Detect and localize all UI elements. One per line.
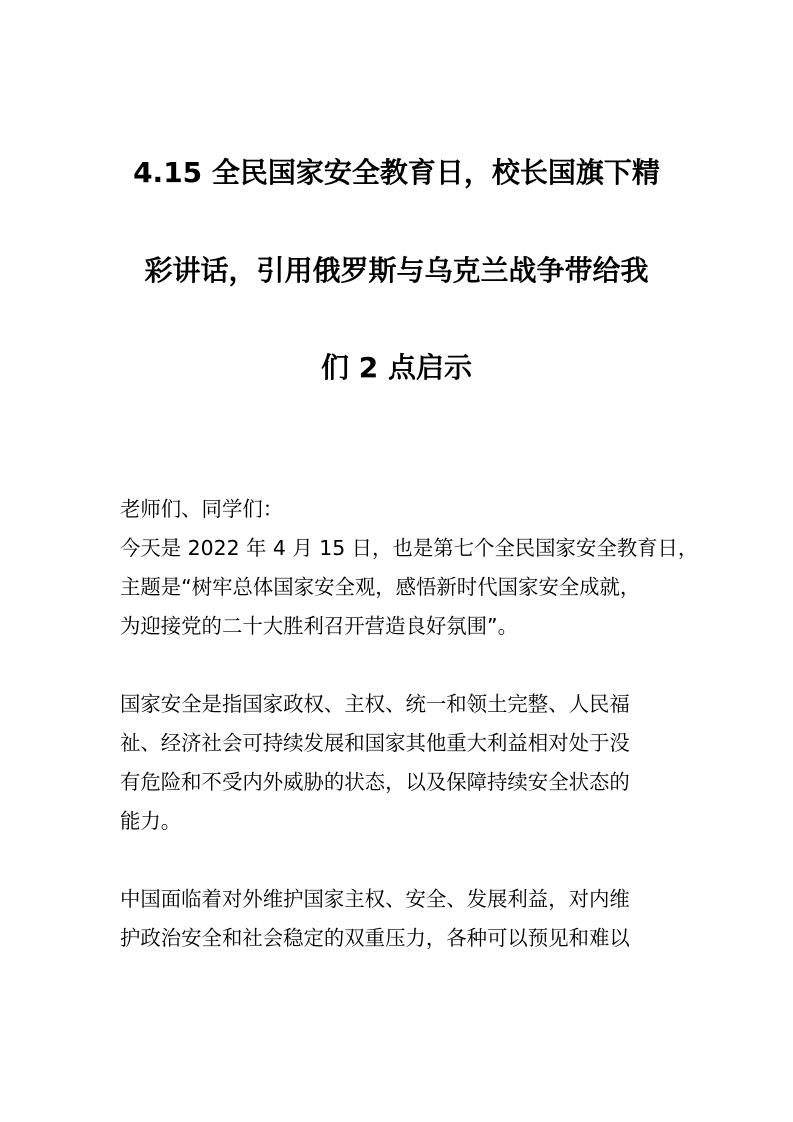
text-line: 为迎接党的二十大胜利召开营造良好氛围”。 [120, 607, 700, 646]
title-line: 彩讲话，引用俄罗斯与乌克兰战争带给我 [120, 222, 673, 320]
paragraph-gap [120, 841, 700, 880]
text-line: 中国面临着对外维护国家主权、安全、发展利益，对内维 [120, 880, 700, 919]
paragraph-greeting-intro: 老师们、同学们： 今天是 2022 年 4 月 15 日，也是第七个全民国家安全… [120, 490, 700, 646]
title-line: 们 2 点启示 [120, 319, 673, 417]
document-body: 老师们、同学们： 今天是 2022 年 4 月 15 日，也是第七个全民国家安全… [120, 490, 700, 958]
text-line: 能力。 [120, 802, 700, 841]
text-line: 护政治安全和社会稳定的双重压力，各种可以预见和难以 [120, 919, 700, 958]
paragraph-definition: 国家安全是指国家政权、主权、统一和领土完整、人民福 祉、经济社会可持续发展和国家… [120, 685, 700, 841]
paragraph-pressures: 中国面临着对外维护国家主权、安全、发展利益，对内维 护政治安全和社会稳定的双重压… [120, 880, 700, 958]
text-line: 主题是“树牢总体国家安全观，感悟新时代国家安全成就， [120, 568, 700, 607]
text-line: 有危险和不受内外威胁的状态，以及保障持续安全状态的 [120, 763, 700, 802]
document-title: 4.15 全民国家安全教育日，校长国旗下精 彩讲话，引用俄罗斯与乌克兰战争带给我… [120, 124, 673, 417]
text-line: 国家安全是指国家政权、主权、统一和领土完整、人民福 [120, 685, 700, 724]
title-line: 4.15 全民国家安全教育日，校长国旗下精 [120, 124, 673, 222]
text-line: 祉、经济社会可持续发展和国家其他重大利益相对处于没 [120, 724, 700, 763]
text-line: 老师们、同学们： [120, 490, 700, 529]
text-line: 今天是 2022 年 4 月 15 日，也是第七个全民国家安全教育日， [120, 529, 700, 568]
paragraph-gap [120, 646, 700, 685]
document-page: 4.15 全民国家安全教育日，校长国旗下精 彩讲话，引用俄罗斯与乌克兰战争带给我… [0, 0, 793, 1122]
